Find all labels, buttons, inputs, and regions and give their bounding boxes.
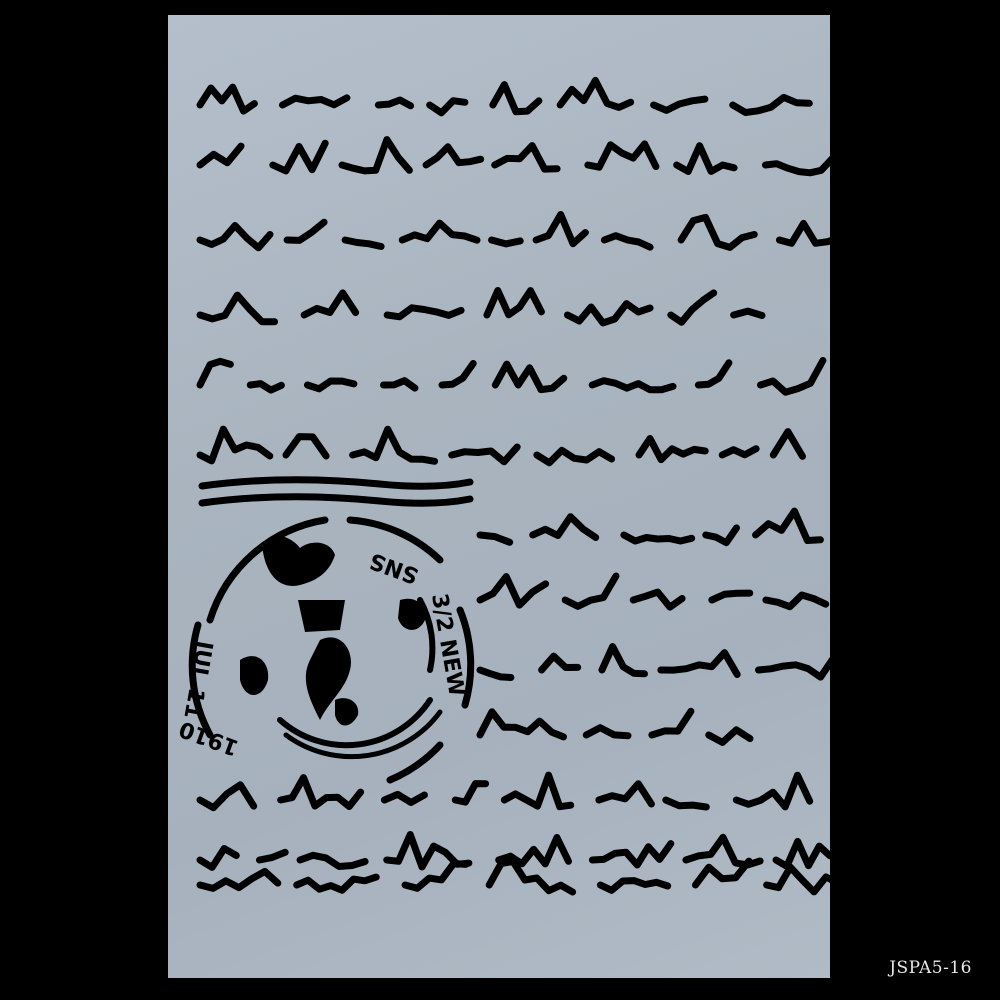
script-word bbox=[773, 432, 802, 457]
script-word bbox=[765, 158, 843, 173]
script-word bbox=[767, 867, 838, 892]
script-word bbox=[709, 730, 750, 743]
script-word bbox=[282, 98, 346, 105]
script-word bbox=[273, 143, 325, 171]
script-word bbox=[286, 437, 326, 456]
stamp-outer-ring bbox=[390, 745, 440, 780]
script-word bbox=[378, 100, 410, 106]
script-word bbox=[307, 381, 353, 389]
script-word bbox=[200, 87, 254, 111]
script-word bbox=[776, 841, 830, 866]
script-word bbox=[734, 311, 762, 315]
script-word bbox=[297, 877, 376, 890]
script-word bbox=[537, 450, 612, 463]
script-word bbox=[304, 293, 355, 315]
script-word bbox=[756, 511, 821, 540]
script-word bbox=[766, 595, 826, 607]
stamp-text-left: JUL 11 bbox=[178, 637, 217, 720]
script-word bbox=[430, 101, 465, 113]
script-word bbox=[654, 99, 705, 110]
script-word bbox=[405, 864, 466, 889]
script-word bbox=[600, 881, 667, 891]
script-word bbox=[567, 304, 650, 323]
script-word bbox=[677, 146, 734, 172]
script-word bbox=[586, 728, 628, 736]
stencil-artwork: JUL 11 1910 3/2 NEW SNS bbox=[0, 0, 1000, 1000]
script-word bbox=[387, 308, 461, 317]
script-word bbox=[259, 852, 285, 860]
script-word bbox=[455, 784, 485, 803]
script-word bbox=[779, 223, 851, 243]
script-word bbox=[624, 535, 692, 541]
script-word bbox=[492, 240, 521, 244]
script-word bbox=[706, 528, 737, 543]
script-word bbox=[666, 800, 707, 807]
script-word bbox=[250, 384, 281, 391]
script-word bbox=[599, 784, 652, 804]
script-word bbox=[495, 146, 557, 170]
script-word bbox=[200, 871, 278, 888]
script-word bbox=[200, 295, 275, 322]
script-word bbox=[504, 775, 570, 807]
script-word bbox=[639, 439, 705, 460]
script-word bbox=[588, 144, 656, 167]
script-word bbox=[342, 140, 409, 171]
script-word bbox=[533, 517, 596, 538]
script-word bbox=[592, 844, 670, 865]
script-word bbox=[681, 217, 754, 247]
script-word bbox=[712, 593, 750, 600]
script-word bbox=[487, 291, 541, 316]
script-word bbox=[736, 775, 809, 807]
script-word bbox=[733, 97, 810, 112]
script-word bbox=[452, 447, 517, 462]
stamp-text-top: SNS bbox=[366, 547, 422, 588]
script-word bbox=[536, 215, 585, 244]
script-word bbox=[493, 85, 539, 112]
cancellation-line bbox=[202, 497, 470, 503]
stamp-text-bottom: 1910 bbox=[176, 715, 242, 759]
script-word bbox=[200, 226, 270, 248]
script-word bbox=[287, 222, 324, 240]
script-word bbox=[652, 711, 691, 735]
script-word bbox=[722, 449, 756, 455]
script-word bbox=[200, 146, 241, 165]
product-code-label: JSPA5-16 bbox=[889, 958, 972, 978]
script-word bbox=[565, 576, 616, 606]
script-word bbox=[384, 794, 424, 802]
stamp-outer-ring bbox=[350, 520, 440, 560]
script-word bbox=[402, 223, 477, 240]
script-word bbox=[345, 240, 381, 247]
script-word bbox=[426, 147, 481, 165]
script-word bbox=[480, 670, 511, 678]
script-word bbox=[480, 535, 510, 542]
script-word bbox=[353, 429, 435, 461]
script-word bbox=[384, 381, 415, 389]
script-word bbox=[542, 656, 578, 670]
script-handwriting bbox=[200, 80, 852, 892]
script-word bbox=[442, 364, 473, 386]
script-word bbox=[602, 647, 645, 674]
script-word bbox=[671, 293, 714, 322]
script-word bbox=[592, 381, 673, 390]
script-word bbox=[633, 592, 682, 607]
script-word bbox=[560, 80, 631, 107]
script-word bbox=[489, 862, 572, 893]
cancellation-line bbox=[202, 480, 470, 486]
script-word bbox=[495, 364, 563, 390]
script-word bbox=[480, 577, 546, 606]
script-word bbox=[200, 361, 230, 385]
script-word bbox=[300, 855, 365, 866]
script-word bbox=[698, 363, 729, 385]
script-word bbox=[661, 653, 737, 675]
script-word bbox=[760, 361, 822, 393]
script-word bbox=[200, 785, 254, 808]
script-word bbox=[281, 778, 361, 807]
script-word bbox=[200, 849, 236, 868]
script-word bbox=[604, 236, 650, 248]
script-word bbox=[759, 659, 833, 677]
script-word bbox=[200, 429, 270, 461]
script-word bbox=[480, 712, 564, 737]
